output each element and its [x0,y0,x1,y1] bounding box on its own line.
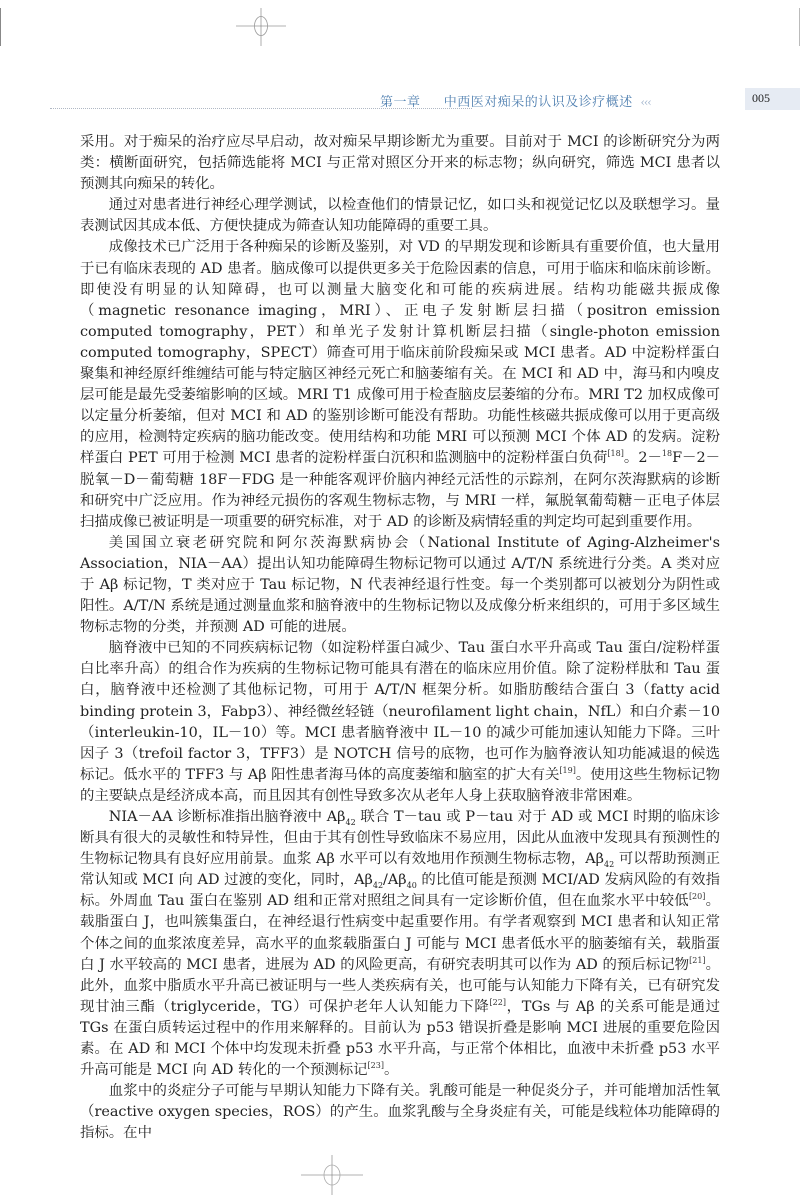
page-number-box: 005 [745,88,800,110]
paragraph: 采用。对于痴呆的治疗应尽早启动，故对痴呆早期诊断尤为重要。目前对于 MCI 的诊… [80,132,720,195]
subscript: 42 [373,881,383,890]
paragraph: 成像技术已广泛用于各种痴呆的诊断及鉴别，对 VD 的早期发现和诊断具有重要价值，… [80,237,720,532]
text-run: 通过对患者进行神经心理学测试，以检查他们的情景记忆，如口头和视觉记忆以及联想学习… [80,197,720,234]
citation-ref: [22] [490,998,506,1007]
paragraph: 脑脊液中已知的不同疾病标记物（如淀粉样蛋白减少、Tau 蛋白水平升高或 Tau … [80,638,720,807]
text-run: 采用。对于痴呆的治疗应尽早启动，故对痴呆早期诊断尤为重要。目前对于 MCI 的诊… [80,134,720,192]
body-text: 采用。对于痴呆的治疗应尽早启动，故对痴呆早期诊断尤为重要。目前对于 MCI 的诊… [80,132,720,1145]
citation-ref: [20] [689,893,705,902]
text-run: 脑脊液中已知的不同疾病标记物（如淀粉样蛋白减少、Tau 蛋白水平升高或 Tau … [80,640,720,783]
paragraph: 血浆中的炎症分子可能与早期认知能力下降有关。乳酸可能是一种促炎分子，并可能增加活… [80,1081,720,1144]
text-run: 血浆中的炎症分子可能与早期认知能力下降有关。乳酸可能是一种促炎分子，并可能增加活… [80,1083,720,1141]
citation-ref: [23] [368,1061,384,1070]
chapter-label: 第一章 [380,95,421,110]
paragraph: 美国国立衰老研究院和阿尔茨海默病协会（National Institute of… [80,533,720,638]
subscript: 40 [407,881,417,890]
registration-mark-icon [301,1155,363,1195]
superscript: 18 [662,450,672,459]
chapter-title: 第一章 中西医对痴呆的认识及诊疗概述 ‹‹‹ [380,91,651,110]
paragraph: NIA－AA 诊断标准指出脑脊液中 Aβ42 联合 T－tau 或 P－tau … [80,807,720,1081]
page-number: 005 [752,91,770,106]
page-edge-left [0,8,1,46]
paragraph: 通过对患者进行神经心理学测试，以检查他们的情景记忆，如口头和视觉记忆以及联想学习… [80,195,720,237]
text-run: 。2－ [624,450,662,466]
registration-mark-icon [236,8,286,46]
citation-ref: [19] [559,766,575,775]
text-run: /Aβ [383,872,407,888]
text-run: NIA－AA 诊断标准指出脑脊液中 Aβ [109,809,346,825]
text-run: 。 [384,1062,398,1078]
running-header: 第一章 中西医对痴呆的认识及诊疗概述 ‹‹‹ 005 [50,88,800,112]
citation-ref: [21] [689,956,705,965]
citation-ref: [18] [607,450,623,459]
chevrons-icon: ‹‹‹ [640,96,650,109]
text-run: 成像技术已广泛用于各种痴呆的诊断及鉴别，对 VD 的早期发现和诊断具有重要价值，… [80,239,720,466]
text-run: 美国国立衰老研究院和阿尔茨海默病协会（National Institute of… [80,535,720,635]
subscript: 42 [345,818,355,827]
chapter-name: 中西医对痴呆的认识及诊疗概述 [444,95,633,110]
subscript: 42 [604,860,614,869]
